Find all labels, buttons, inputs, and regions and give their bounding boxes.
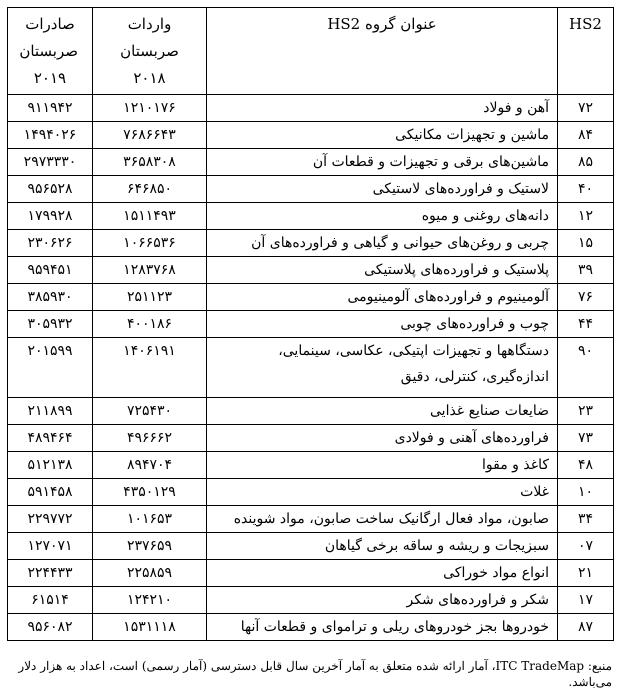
hs2-code-cell: ۷۲ bbox=[558, 95, 614, 122]
group-title-cell: صابون، مواد فعال ارگانیک ساخت صابون، موا… bbox=[207, 506, 558, 533]
table-row: ۰۷سبزیجات و ریشه و ساقه برخی گیاهان۲۳۷۶۵… bbox=[8, 533, 614, 560]
imports-2018-cell: ۱۰۶۶۵۳۶ bbox=[93, 230, 207, 257]
header-group-title: عنوان گروه HS2 bbox=[207, 8, 558, 95]
group-title-cell: ضایعات صنایع غذایی bbox=[207, 398, 558, 425]
imports-2018-cell: ۱۵۱۱۴۹۳ bbox=[93, 203, 207, 230]
table-row: ۲۳ضایعات صنایع غذایی۷۲۵۴۳۰۲۱۱۸۹۹ bbox=[8, 398, 614, 425]
table-row: ۸۴ماشین و تجهیزات مکانیکی۷۶۸۶۶۴۳۱۴۹۴۰۲۶ bbox=[8, 122, 614, 149]
table-row: ۹۰دستگاهها و تجهیزات اپتیکی، عکاسی، سینم… bbox=[8, 338, 614, 398]
table-row: ۳۹پلاستیک و فراورده‌های پلاستیکی۱۲۸۳۷۶۸۹… bbox=[8, 257, 614, 284]
exports-2019-cell: ۲۲۴۴۳۳ bbox=[8, 560, 93, 587]
imports-2018-cell: ۲۳۷۶۵۹ bbox=[93, 533, 207, 560]
exports-2019-cell: ۹۱۱۹۴۲ bbox=[8, 95, 93, 122]
hs2-code-cell: ۴۸ bbox=[558, 452, 614, 479]
hs2-code-cell: ۸۴ bbox=[558, 122, 614, 149]
hs2-code-cell: ۲۱ bbox=[558, 560, 614, 587]
group-title-cell: آهن و فولاد bbox=[207, 95, 558, 122]
group-title-cell: دستگاهها و تجهیزات اپتیکی، عکاسی، سینمای… bbox=[207, 338, 558, 398]
group-title-cell: چربی و روغن‌های حیوانی و گیاهی و فراورده… bbox=[207, 230, 558, 257]
group-title-cell: خودروها بجز خودروهای ریلی و تراموای و قط… bbox=[207, 614, 558, 641]
trade-table-container: HS2 عنوان گروه HS2 واردات صربستان ۲۰۱۸ ص… bbox=[7, 7, 613, 641]
imports-2018-cell: ۶۴۶۸۵۰ bbox=[93, 176, 207, 203]
imports-2018-cell: ۲۲۵۸۵۹ bbox=[93, 560, 207, 587]
hs2-code-cell: ۱۵ bbox=[558, 230, 614, 257]
table-row: ۷۳فراورده‌های آهنی و فولادی۴۹۶۶۶۲۴۸۹۴۶۴ bbox=[8, 425, 614, 452]
group-title-cell: ماشین‌های برقی و تجهیزات و قطعات آن bbox=[207, 149, 558, 176]
table-row: ۷۲آهن و فولاد۱۲۱۰۱۷۶۹۱۱۹۴۲ bbox=[8, 95, 614, 122]
table-row: ۱۷شکر و فراورده‌های شکر۱۲۴۲۱۰۶۱۵۱۴ bbox=[8, 587, 614, 614]
group-title-cell: انواع مواد خوراکی bbox=[207, 560, 558, 587]
exports-2019-cell: ۹۵۶۰۸۲ bbox=[8, 614, 93, 641]
exports-2019-cell: ۲۹۷۳۳۳۰ bbox=[8, 149, 93, 176]
imports-2018-cell: ۷۲۵۴۳۰ bbox=[93, 398, 207, 425]
exports-2019-cell: ۹۵۶۵۲۸ bbox=[8, 176, 93, 203]
hs2-code-cell: ۸۷ bbox=[558, 614, 614, 641]
table-row: ۳۴صابون، مواد فعال ارگانیک ساخت صابون، م… bbox=[8, 506, 614, 533]
exports-2019-cell: ۲۳۰۶۲۶ bbox=[8, 230, 93, 257]
exports-2019-cell: ۹۵۹۴۵۱ bbox=[8, 257, 93, 284]
hs2-code-cell: ۷۳ bbox=[558, 425, 614, 452]
exports-2019-cell: ۳۰۵۹۳۲ bbox=[8, 311, 93, 338]
hs2-code-cell: ۳۹ bbox=[558, 257, 614, 284]
hs2-code-cell: ۱۲ bbox=[558, 203, 614, 230]
hs2-code-cell: ۴۰ bbox=[558, 176, 614, 203]
hs2-code-cell: ۷۶ bbox=[558, 284, 614, 311]
group-title-cell: چوب و فراورده‌های چوبی bbox=[207, 311, 558, 338]
exports-2019-cell: ۶۱۵۱۴ bbox=[8, 587, 93, 614]
header-imports-2018: واردات صربستان ۲۰۱۸ bbox=[93, 8, 207, 95]
exports-2019-cell: ۲۲۹۷۷۲ bbox=[8, 506, 93, 533]
hs2-code-cell: ۴۴ bbox=[558, 311, 614, 338]
table-row: ۱۲دانه‌های روغنی و میوه۱۵۱۱۴۹۳۱۷۹۹۲۸ bbox=[8, 203, 614, 230]
exports-2019-cell: ۵۱۲۱۳۸ bbox=[8, 452, 93, 479]
hs2-code-cell: ۰۷ bbox=[558, 533, 614, 560]
exports-2019-cell: ۴۸۹۴۶۴ bbox=[8, 425, 93, 452]
table-row: ۱۰غلات۴۳۵۰۱۲۹۵۹۱۴۵۸ bbox=[8, 479, 614, 506]
table-row: ۷۶آلومینیوم و فراورده‌های آلومینیومی۲۵۱۱… bbox=[8, 284, 614, 311]
table-row: ۴۸کاغذ و مقوا۸۹۴۷۰۴۵۱۲۱۳۸ bbox=[8, 452, 614, 479]
table-row: ۲۱انواع مواد خوراکی۲۲۵۸۵۹۲۲۴۴۳۳ bbox=[8, 560, 614, 587]
group-title-cell: فراورده‌های آهنی و فولادی bbox=[207, 425, 558, 452]
exports-2019-cell: ۲۱۱۸۹۹ bbox=[8, 398, 93, 425]
table-row: ۱۵چربی و روغن‌های حیوانی و گیاهی و فراور… bbox=[8, 230, 614, 257]
header-exports-2019: صادرات صربستان ۲۰۱۹ bbox=[8, 8, 93, 95]
exports-2019-cell: ۵۹۱۴۵۸ bbox=[8, 479, 93, 506]
group-title-cell: لاستیک و فراورده‌های لاستیکی bbox=[207, 176, 558, 203]
hs2-code-cell: ۸۵ bbox=[558, 149, 614, 176]
table-row: ۸۵ماشین‌های برقی و تجهیزات و قطعات آن۳۶۵… bbox=[8, 149, 614, 176]
hs2-code-cell: ۹۰ bbox=[558, 338, 614, 398]
exports-2019-cell: ۲۰۱۵۹۹ bbox=[8, 338, 93, 398]
group-title-cell: غلات bbox=[207, 479, 558, 506]
imports-2018-cell: ۸۹۴۷۰۴ bbox=[93, 452, 207, 479]
table-row: ۴۰لاستیک و فراورده‌های لاستیکی۶۴۶۸۵۰۹۵۶۵… bbox=[8, 176, 614, 203]
imports-2018-cell: ۴۰۰۱۸۶ bbox=[93, 311, 207, 338]
imports-2018-cell: ۴۹۶۶۶۲ bbox=[93, 425, 207, 452]
group-title-cell: سبزیجات و ریشه و ساقه برخی گیاهان bbox=[207, 533, 558, 560]
hs2-code-cell: ۲۳ bbox=[558, 398, 614, 425]
table-header-row: HS2 عنوان گروه HS2 واردات صربستان ۲۰۱۸ ص… bbox=[8, 8, 614, 95]
exports-2019-cell: ۳۸۵۹۳۰ bbox=[8, 284, 93, 311]
imports-2018-cell: ۲۵۱۱۲۳ bbox=[93, 284, 207, 311]
exports-2019-cell: ۱۲۷۰۷۱ bbox=[8, 533, 93, 560]
exports-2019-cell: ۱۴۹۴۰۲۶ bbox=[8, 122, 93, 149]
imports-2018-cell: ۱۲۱۰۱۷۶ bbox=[93, 95, 207, 122]
hs2-code-cell: ۱۰ bbox=[558, 479, 614, 506]
group-title-cell: دانه‌های روغنی و میوه bbox=[207, 203, 558, 230]
header-hs2: HS2 bbox=[558, 8, 614, 95]
source-footnote: منبع: ITC TradeMap، آمار ارائه شده متعلق… bbox=[6, 658, 612, 689]
imports-2018-cell: ۱۵۳۱۱۱۸ bbox=[93, 614, 207, 641]
hs2-code-cell: ۱۷ bbox=[558, 587, 614, 614]
group-title-cell: شکر و فراورده‌های شکر bbox=[207, 587, 558, 614]
hs2-code-cell: ۳۴ bbox=[558, 506, 614, 533]
imports-2018-cell: ۱۰۱۶۵۳ bbox=[93, 506, 207, 533]
table-row: ۸۷خودروها بجز خودروهای ریلی و تراموای و … bbox=[8, 614, 614, 641]
group-title-cell: کاغذ و مقوا bbox=[207, 452, 558, 479]
imports-2018-cell: ۱۲۸۳۷۶۸ bbox=[93, 257, 207, 284]
exports-2019-cell: ۱۷۹۹۲۸ bbox=[8, 203, 93, 230]
table-row: ۴۴چوب و فراورده‌های چوبی۴۰۰۱۸۶۳۰۵۹۳۲ bbox=[8, 311, 614, 338]
imports-2018-cell: ۷۶۸۶۶۴۳ bbox=[93, 122, 207, 149]
serbia-trade-table: HS2 عنوان گروه HS2 واردات صربستان ۲۰۱۸ ص… bbox=[7, 7, 614, 641]
imports-2018-cell: ۱۲۴۲۱۰ bbox=[93, 587, 207, 614]
imports-2018-cell: ۴۳۵۰۱۲۹ bbox=[93, 479, 207, 506]
imports-2018-cell: ۳۶۵۸۳۰۸ bbox=[93, 149, 207, 176]
imports-2018-cell: ۱۴۰۶۱۹۱ bbox=[93, 338, 207, 398]
group-title-cell: پلاستیک و فراورده‌های پلاستیکی bbox=[207, 257, 558, 284]
group-title-cell: آلومینیوم و فراورده‌های آلومینیومی bbox=[207, 284, 558, 311]
group-title-cell: ماشین و تجهیزات مکانیکی bbox=[207, 122, 558, 149]
